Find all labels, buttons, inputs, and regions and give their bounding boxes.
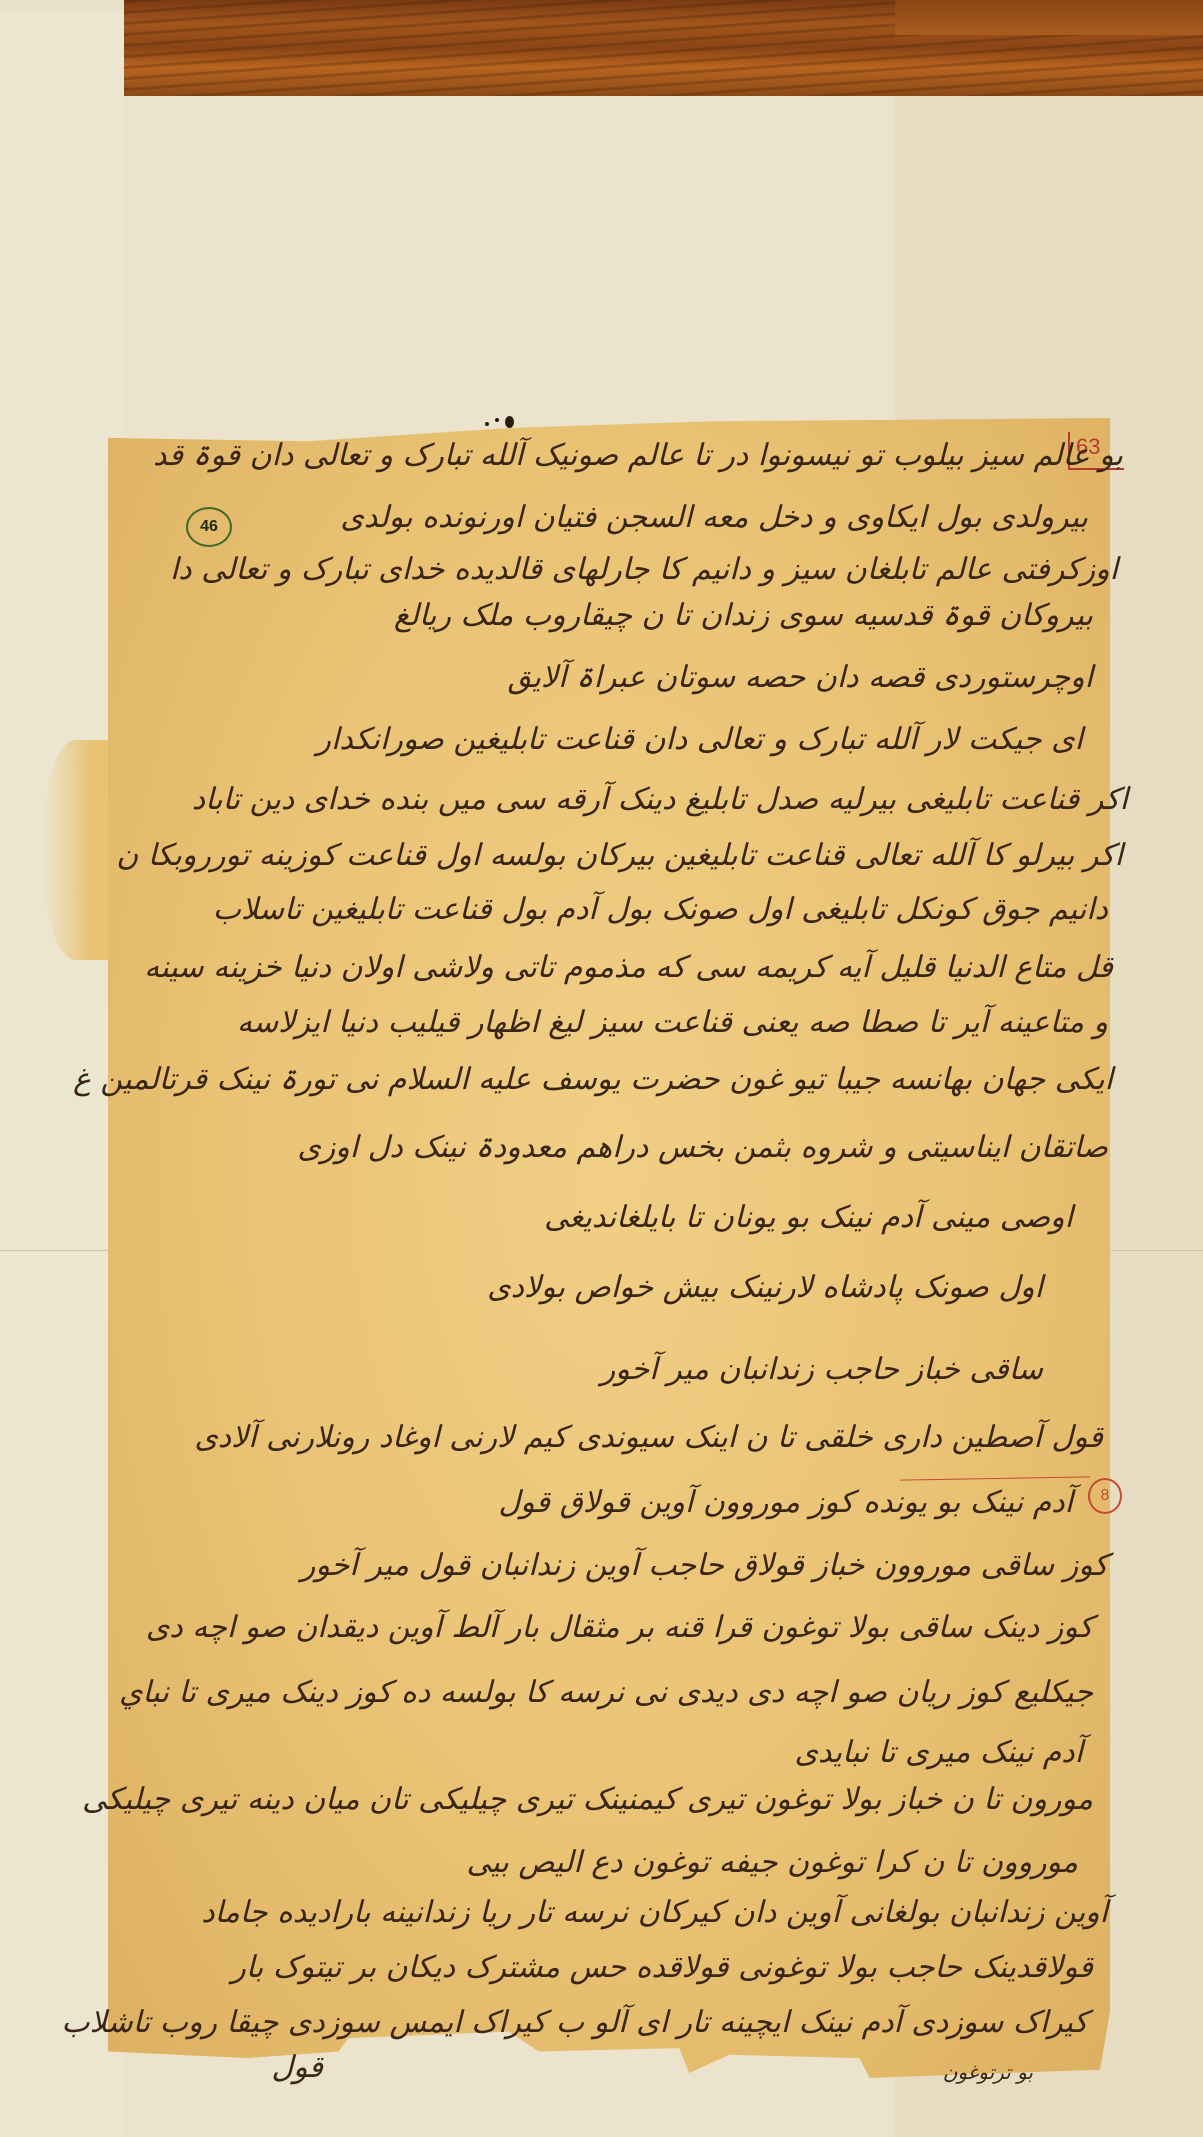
red-circled-number: 8 (1088, 1478, 1122, 1514)
manuscript-line: قول آصطین داری خلقی تا ن اینک سیوندی کیم… (194, 1420, 1103, 1455)
manuscript-line: کوز دینک ساقی بولا توغون قرا قنه بر مثقا… (146, 1610, 1093, 1645)
manuscript-line: بو عالم سیز بیلوب تو نیسونوا در تا عالم … (153, 438, 1123, 473)
manuscript-line: اول صونک پادشاه لارنینک بیش خواص بولادی (487, 1270, 1043, 1305)
manuscript-line: آوین زندانبان بولغانی آوین دان کیرکان نر… (201, 1895, 1108, 1930)
green-circled-number: 46 (186, 507, 232, 547)
manuscript-line: صاتقان ایناسیتی و شروه بثمن بخس دراهم مع… (297, 1130, 1108, 1165)
ink-dot (485, 422, 489, 426)
ink-dot (495, 418, 499, 422)
manuscript-line: اکر قناعت تابلیغی بیرلیه صدل تابلیغ دینک… (192, 782, 1128, 817)
manuscript-line: بیروکان قوۃ قدسیه سوی زندان تا ن چیقاروب… (394, 598, 1093, 633)
manuscript-line: موروون تا ن کرا توغون جیفه توغون دع الیص… (466, 1845, 1078, 1880)
catchword: بو ترتوغون (943, 2060, 1033, 2084)
manuscript-line: اکر بیرلو کا آلله تعالی قناعت تابلیغین ب… (116, 838, 1123, 873)
manuscript-line: قولاقدینک حاجب بولا توغونی قولاقده حس مش… (231, 1950, 1093, 1985)
manuscript-line: جیکلیع کوز ریان صو اچه دی دیدی نی نرسه ک… (119, 1675, 1093, 1710)
ink-blot (505, 416, 514, 428)
manuscript-line: ایکی جهان بهانسه جیبا تیو غون حضرت یوسف … (73, 1062, 1113, 1097)
manuscript-line: آدم نینک میری تا نبایدی (795, 1735, 1084, 1770)
manuscript-line: کیراک سوزدی آدم نینک ایچینه تار ای آلو ب… (61, 2005, 1088, 2040)
manuscript-line: ای جیکت لار آلله تبارک و تعالی دان قناعت… (317, 722, 1083, 757)
manuscript-line: و متاعینه آیر تا صطا صه یعنی قناعت سیز ل… (237, 1005, 1108, 1040)
manuscript-line: مورون تا ن خباز بولا توغون تیری کیمنینک … (82, 1782, 1093, 1817)
manuscript-line: آدم نینک بو یونده کوز موروون آوین قولاق … (498, 1485, 1073, 1520)
manuscript-line: قول (271, 2050, 323, 2085)
wooden-surface-right (895, 0, 1203, 35)
manuscript-line: بیرولدی بول ایکاوی و دخل معه السجن فتیان… (340, 500, 1088, 535)
manuscript-line: اوزکرفتی عالم تابلغان سیز و دانیم کا جار… (170, 552, 1118, 587)
manuscript-line: دانیم جوق کونکل تابلیغی اول صونک بول آدم… (213, 892, 1108, 927)
manuscript-line: اوصی مینی آدم نینک بو یونان تا بایلغاندی… (544, 1200, 1073, 1235)
manuscript-line: ساقی خباز حاجب زندانبان میر آخور (601, 1352, 1043, 1387)
manuscript-line: کوز ساقی موروون خباز قولاق حاجب آوین زند… (301, 1548, 1108, 1583)
manuscript-line: قل متاع الدنیا قلیل آیه کریمه سی که مذمو… (144, 950, 1113, 985)
manuscript-line: اوچرستوردی قصه دان حصه سوتان عبراۃ آلایق (508, 660, 1093, 695)
